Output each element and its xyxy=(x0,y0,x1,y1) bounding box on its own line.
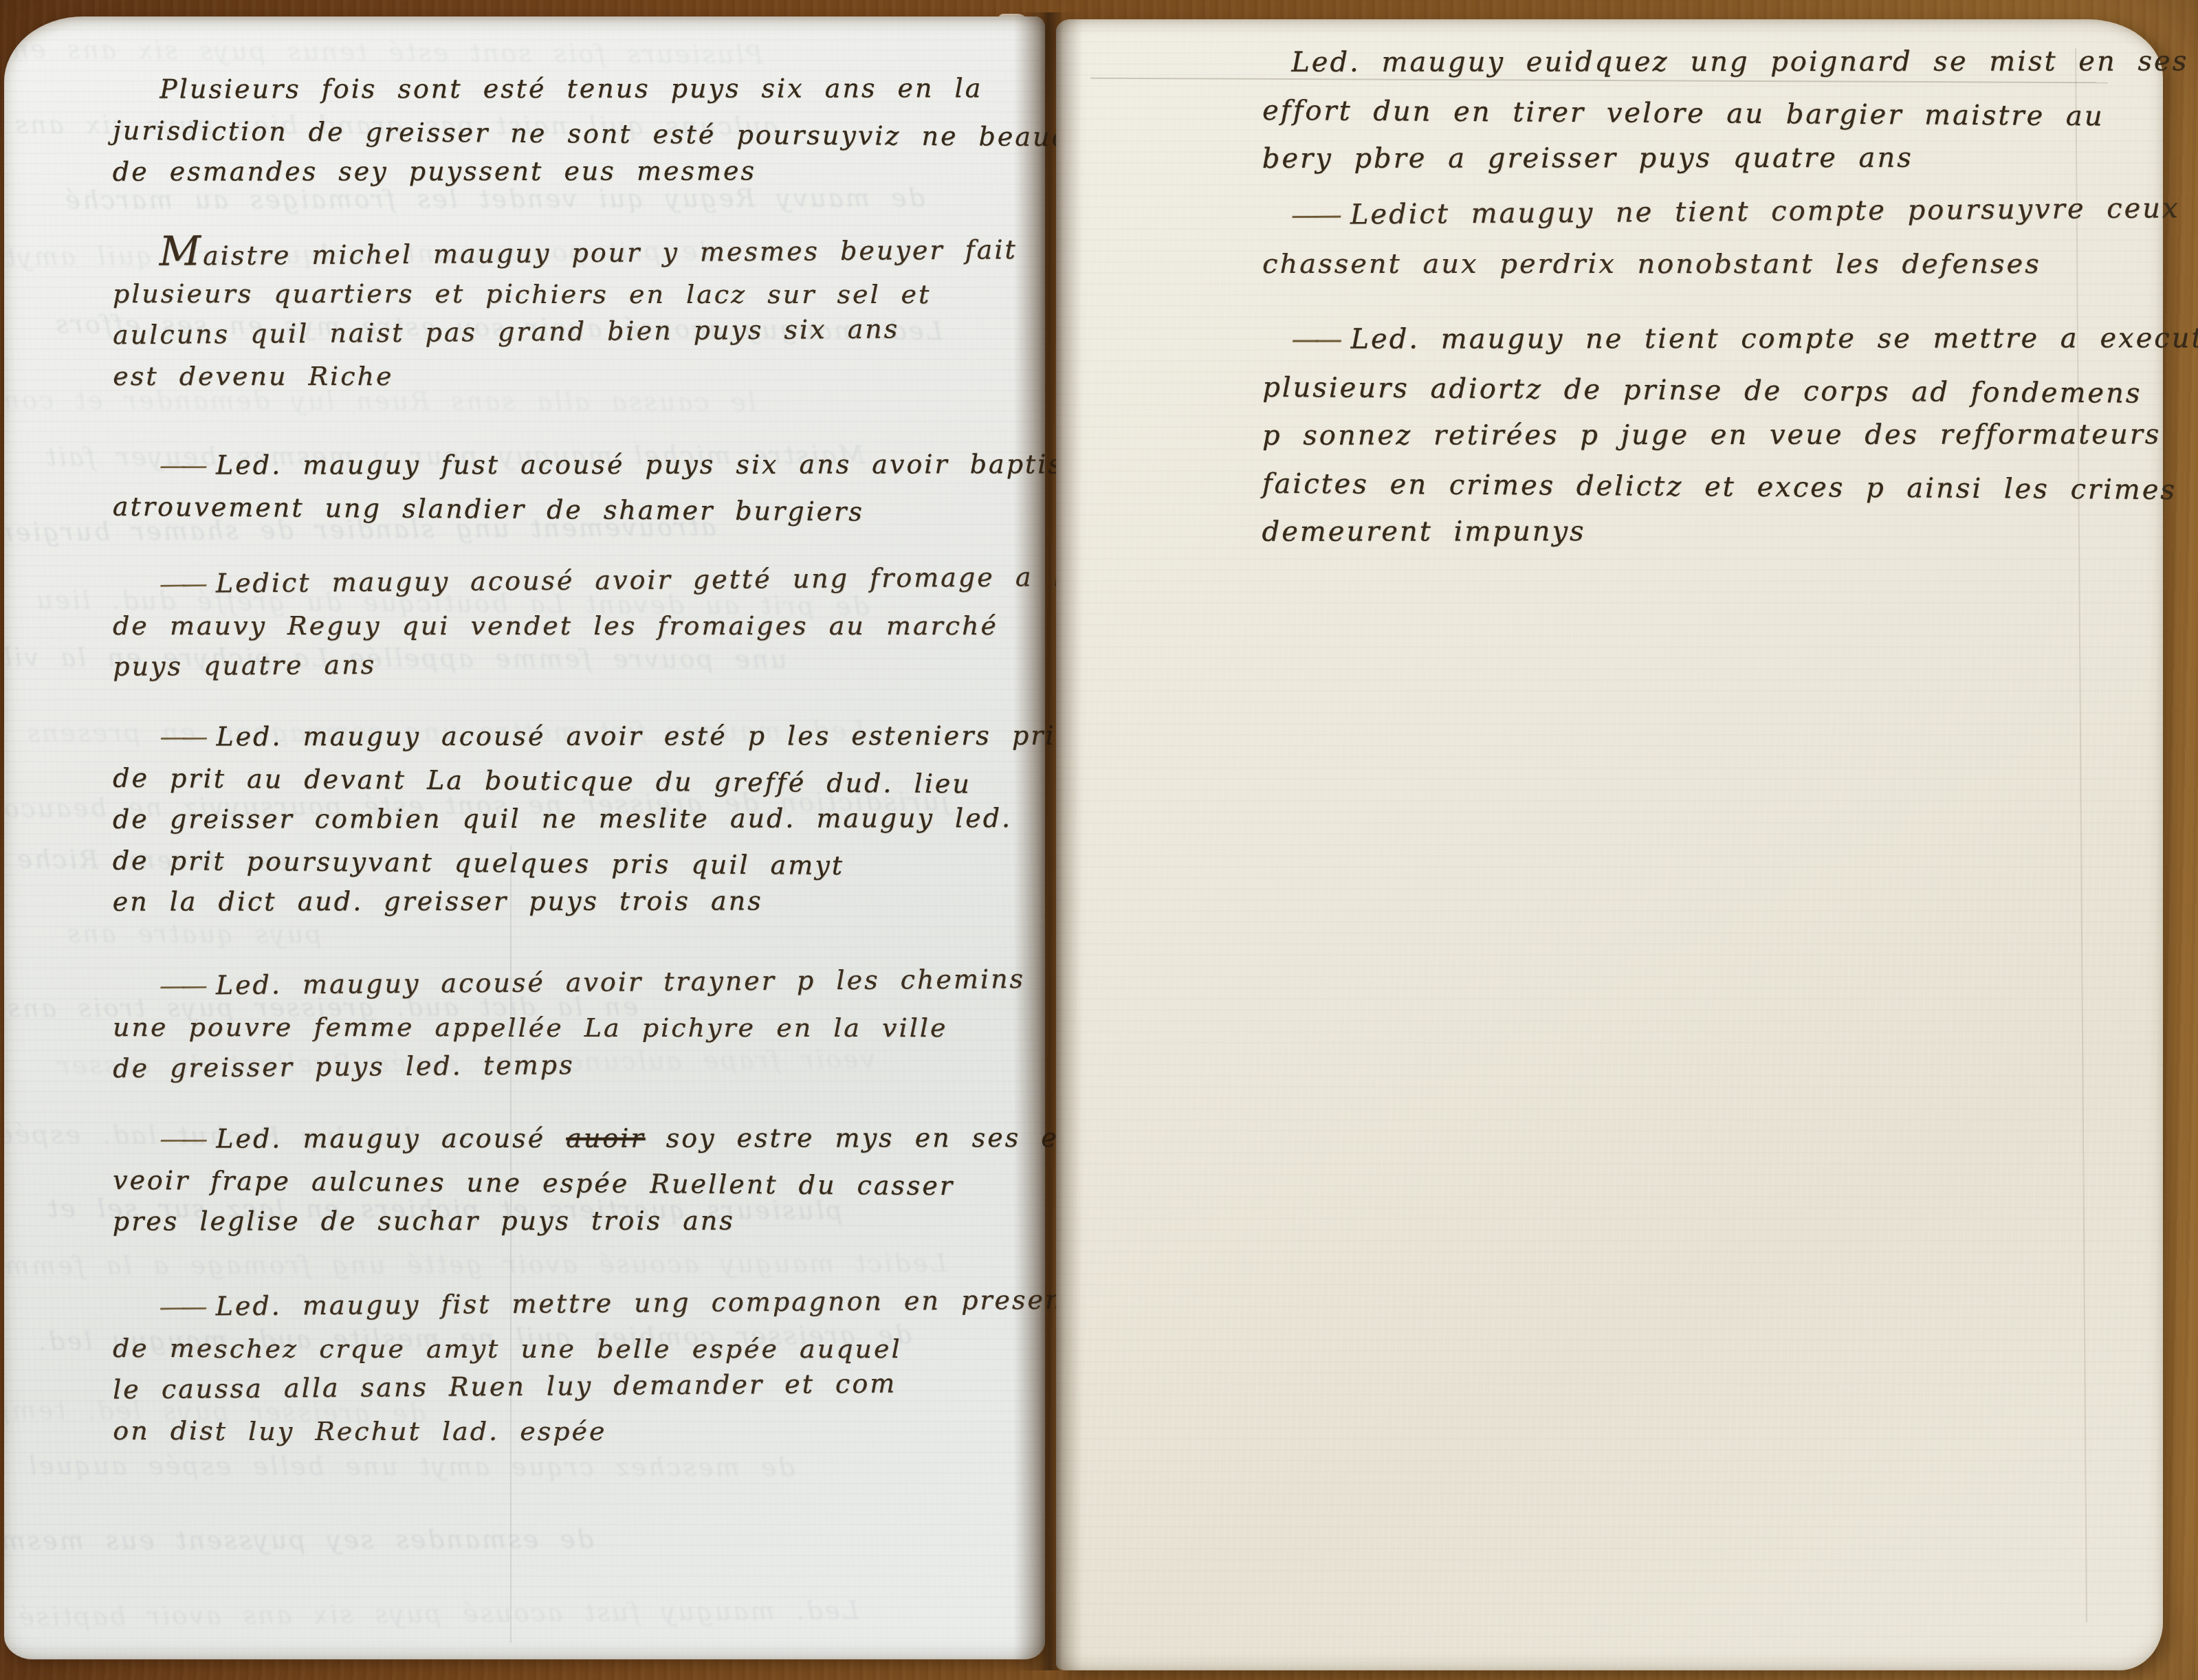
manuscript-line: ——Led. mauguy acousé avoir esté p les es… xyxy=(113,715,1139,758)
line-text: de prit poursuyvant quelques pris quil a… xyxy=(113,845,845,881)
manuscript-line: p sonnez retirées p juge en veue des ref… xyxy=(1262,410,2198,460)
line-text: aulcuns quil naist pas grand bien puys s… xyxy=(113,313,899,350)
manuscript-line: aulcuns quil naist pas grand bien puys s… xyxy=(113,307,1018,355)
line-text: de meschez crque amyt une belle espée au… xyxy=(113,1333,902,1363)
line-text: on dist luy Rechut lad. espée xyxy=(113,1415,606,1446)
line-text: demeurent impunys xyxy=(1262,516,1586,548)
manuscript-line: Led. mauguy euidquez ung poignard se mis… xyxy=(1262,37,2188,87)
manuscript-paragraph: ——Led. mauguy acousé avoir esté p les es… xyxy=(113,716,1139,926)
line-text: de greisser combien quil ne meslite aud.… xyxy=(113,803,1012,835)
manuscript-line: est devenu Riche xyxy=(113,355,1018,397)
manuscript-line: bery pbre a greisser puys quatre ans xyxy=(1262,133,2188,183)
line-text: de prit au devant La bouticque du greffé… xyxy=(113,763,971,799)
line-text: en la dict aud. greisser puys trois ans xyxy=(113,886,763,917)
line-text: bery pbre a greisser puys quatre ans xyxy=(1262,142,1913,175)
manuscript-paragraph: ——Led. mauguy fust acousé puys six ans a… xyxy=(113,445,1081,530)
swash-flourish: —— xyxy=(160,1291,204,1322)
right-page-text: Led. mauguy euidquez ung poignard se mis… xyxy=(1056,19,2163,1670)
manuscript-line: effort dun en tirer velore au bargier ma… xyxy=(1262,87,2188,141)
line-text: Ledict mauguy acousé avoir getté ung fro… xyxy=(216,560,1203,598)
manuscript-line: Plusieurs fois sont esté tenus puys six … xyxy=(113,67,1124,110)
manuscript-line: de greisser puys led. temps xyxy=(113,1041,1026,1089)
line-text: Led. mauguy acousé avoir trayner p les c… xyxy=(216,964,1026,1000)
manuscript-paragraph: Maistre michel mauguy pour y mesmes beuy… xyxy=(113,229,1018,397)
manuscript-line: atrouvement ung slandier de shamer burgi… xyxy=(113,486,1081,534)
line-text: de esmandes sey puyssent eus mesmes xyxy=(113,156,756,187)
manuscript-paragraph: ——Led. mauguy ne tient compte se mettre … xyxy=(1262,316,2198,559)
left-page: Plusieurs fois sont esté tenus puys six … xyxy=(4,16,1045,1659)
manuscript-paragraph: ——Led. mauguy acousé auoir soy estre mys… xyxy=(113,1118,1130,1246)
manuscript-line: Maistre michel mauguy pour y mesmes beuy… xyxy=(112,225,1017,273)
struck-word: auoir xyxy=(566,1123,645,1153)
manuscript-line: demeurent impunys xyxy=(1262,507,2198,556)
left-page-text: Plusieurs fois sont esté tenus puys six … xyxy=(4,16,1045,1659)
swash-flourish: —— xyxy=(160,450,204,480)
line-text: Plusieurs fois sont esté tenus puys six … xyxy=(160,73,982,104)
manuscript-paragraph: ——Ledict mauguy ne tient compte poursuyv… xyxy=(1262,188,2198,287)
swash-flourish: —— xyxy=(160,568,204,599)
line-text: une pouvre femme appellée La pichyre en … xyxy=(113,1012,947,1042)
swash-flourish: —— xyxy=(160,970,204,1001)
swash-flourish: —— xyxy=(1291,324,1338,355)
manuscript-line: de greisser combien quil ne meslite aud.… xyxy=(113,797,1139,840)
manuscript-line: ——Ledict mauguy acousé avoir getté ung f… xyxy=(113,555,1203,604)
manuscript-line: ——Led. mauguy fust acousé puys six ans a… xyxy=(113,443,1081,486)
manuscript-line: en la dict aud. greisser puys trois ans xyxy=(113,880,1139,922)
manuscript-paragraph: ——Led. mauguy fist mettre ung compagnon … xyxy=(113,1283,1080,1452)
manuscript-line: pres leglise de suchar puys trois ans xyxy=(113,1200,1130,1242)
manuscript-line: chassent aux perdrix nonobstant les defe… xyxy=(1262,240,2198,289)
line-text: puys quatre ans xyxy=(113,650,376,682)
wood-table-background: Plusieurs fois sont esté tenus puys six … xyxy=(0,0,2198,1680)
line-text: Maistre michel mauguy pour y mesmes beuy… xyxy=(160,234,1018,272)
manuscript-line: ——Led. mauguy acousé avoir trayner p les… xyxy=(113,958,1026,1006)
line-text: faictes en crimes delictz et exces p ain… xyxy=(1262,468,2177,506)
line-text: Led. mauguy fust acousé puys six ans avo… xyxy=(216,449,1081,480)
manuscript-line: ——Led. mauguy acousé auoir soy estre mys… xyxy=(113,1117,1130,1160)
line-text: jurisdiction de greisser ne sont esté po… xyxy=(113,115,1124,153)
swash-flourish: —— xyxy=(1291,199,1338,232)
line-text: Led. mauguy acousé xyxy=(216,1123,566,1154)
manuscript-paragraph: Led. mauguy euidquez ung poignard se mis… xyxy=(1262,38,2189,186)
manuscript-paragraph: ——Ledict mauguy acousé avoir getté ung f… xyxy=(113,560,1203,687)
line-text: Ledict mauguy ne tient compte poursuyvre… xyxy=(1350,192,2198,230)
line-text: chassent aux perdrix nonobstant les defe… xyxy=(1262,248,2041,280)
line-text: Led. mauguy euidquez ung poignard se mis… xyxy=(1291,45,2188,78)
manuscript-line: ——Led. mauguy ne tient compte se mettre … xyxy=(1262,314,2198,364)
line-text: Led. mauguy ne tient compte se mettre a … xyxy=(1350,322,2198,355)
manuscript-paragraph: Plusieurs fois sont esté tenus puys six … xyxy=(113,69,1124,196)
line-text: p sonnez retirées p juge en veue des ref… xyxy=(1262,419,2161,452)
swash-flourish: —— xyxy=(160,1124,204,1154)
manuscript-line: on dist luy Rechut lad. espée xyxy=(113,1410,1079,1451)
manuscript-paragraph: ——Led. mauguy acousé avoir trayner p les… xyxy=(113,962,1026,1090)
right-page: Led. mauguy euidquez ung poignard se mis… xyxy=(1056,19,2163,1670)
manuscript-line: de esmandes sey puyssent eus mesmes xyxy=(113,150,1124,192)
manuscript-line: ——Ledict mauguy ne tient compte poursuyv… xyxy=(1262,184,2198,239)
line-text: est devenu Riche xyxy=(113,361,393,391)
swash-flourish: —— xyxy=(160,721,204,751)
line-text: atrouvement ung slandier de shamer burgi… xyxy=(113,491,864,527)
line-text: Led. mauguy fist mettre ung compagnon en… xyxy=(216,1284,1080,1321)
line-text: effort dun en tirer velore au bargier ma… xyxy=(1262,95,2104,133)
manuscript-line: le caussa alla sans Ruen luy demander et… xyxy=(113,1361,1080,1410)
manuscript-line: ——Led. mauguy fist mettre ung compagnon … xyxy=(112,1279,1079,1327)
line-text: le caussa alla sans Ruen luy demander et… xyxy=(113,1369,897,1405)
line-text: de greisser puys led. temps xyxy=(113,1050,575,1083)
manuscript-line: puys quatre ans xyxy=(113,637,1203,687)
line-text: veoir frape aulcunes une espée Ruellent … xyxy=(113,1165,954,1202)
line-text: plusieurs quartiers et pichiers en lacz … xyxy=(113,278,931,309)
line-text: Led. mauguy acousé avoir esté p les este… xyxy=(216,720,1139,752)
line-text: pres leglise de suchar puys trois ans xyxy=(113,1206,735,1237)
line-text: plusieurs adiortz de prinse de corps ad … xyxy=(1262,372,2142,410)
line-text: de mauvy Reguy qui vendet les fromaiges … xyxy=(113,610,998,641)
